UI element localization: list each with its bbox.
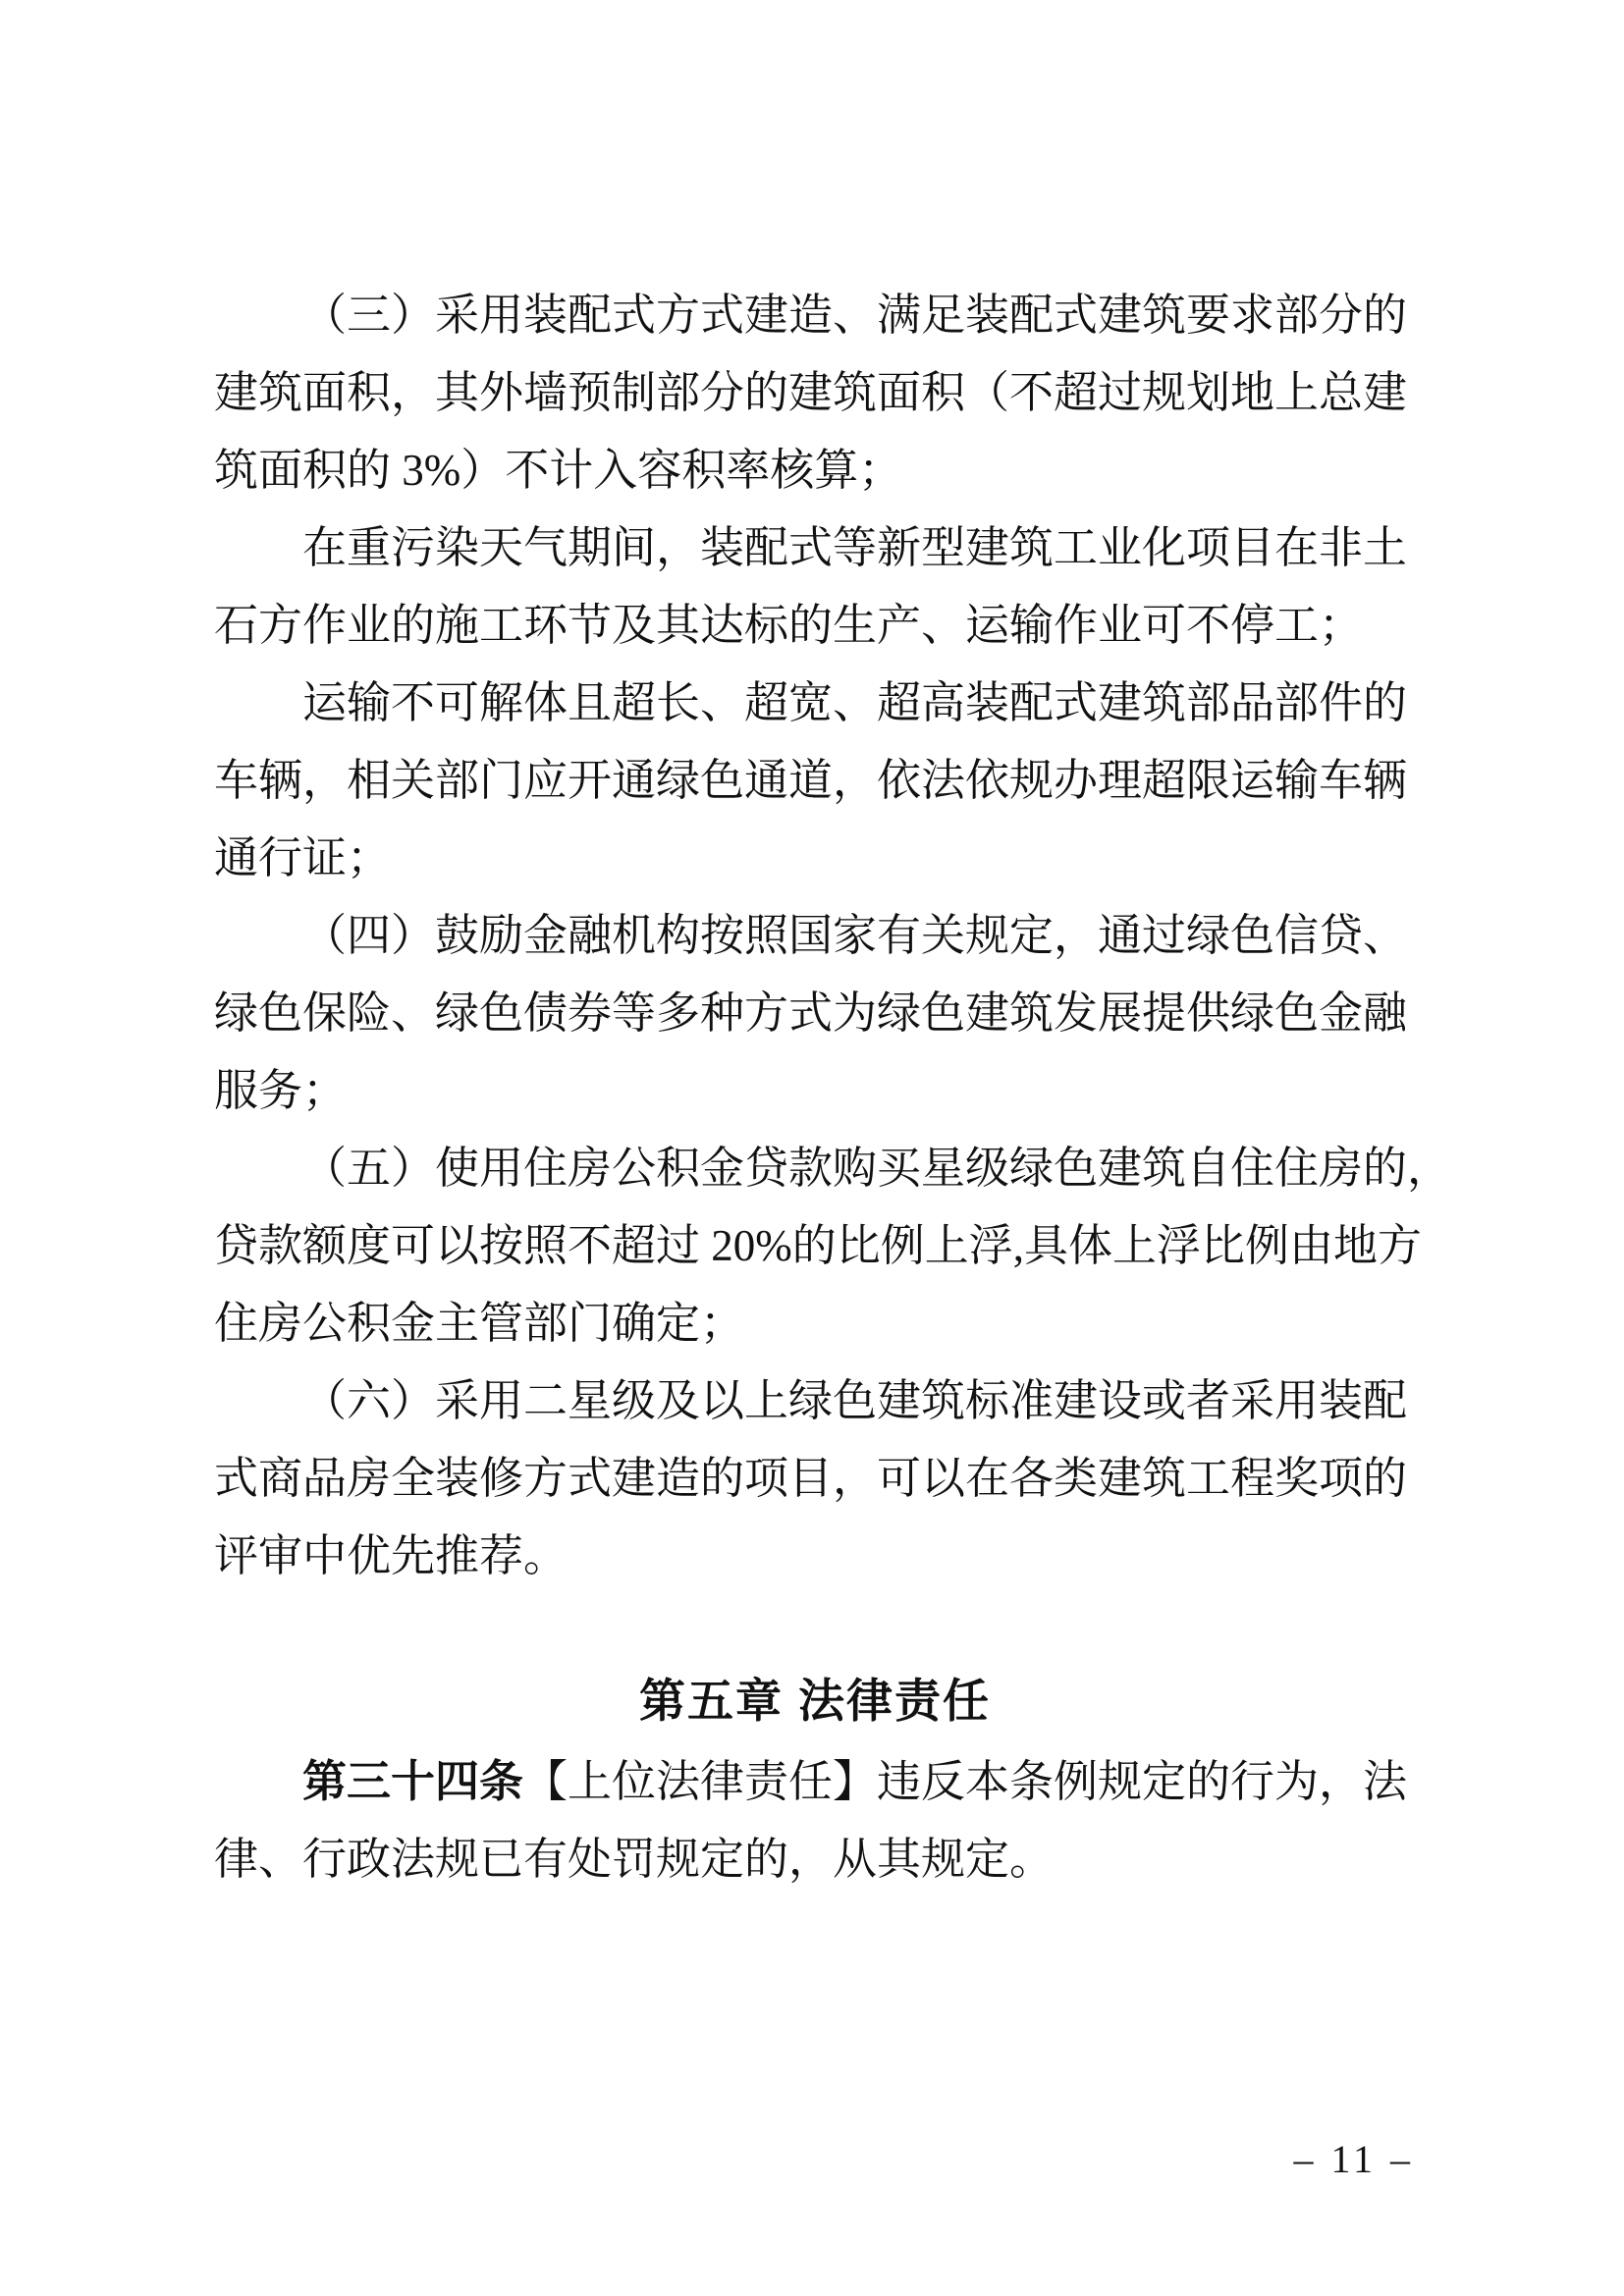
body-paragraph-item-4: （四）鼓励金融机构按照国家有关规定，通过绿色信贷、 绿色保险、绿色债券等多种方式… <box>214 897 1416 1130</box>
article-paragraph: 第三十四条【上位法律责任】违反本条例规定的行为，法 律、行政法规已有处罚规定的，… <box>214 1743 1416 1898</box>
document-body: （三）采用装配式方式建造、满足装配式建筑要求部分的 建筑面积，其外墙预制部分的建… <box>214 277 1416 1898</box>
page-number: – 11 – <box>1293 2138 1414 2181</box>
body-paragraph-item-3: （三）采用装配式方式建造、满足装配式建筑要求部分的 建筑面积，其外墙预制部分的建… <box>214 277 1416 509</box>
body-paragraph-transport: 运输不可解体且超长、超宽、超高装配式建筑部品部件的 车辆，相关部门应开通绿色通道… <box>214 665 1416 897</box>
article-bracket-label: 【上位法律责任】 <box>523 1757 877 1806</box>
document-page: { "page": { "background": "#ffffff", "te… <box>0 0 1624 2296</box>
body-paragraph-item-6: （六）采用二星级及以上绿色建筑标准建设或者采用装配 式商品房全装修方式建造的项目… <box>214 1362 1416 1595</box>
body-paragraph-item-5: （五）使用住房公积金贷款购买星级绿色建筑自住住房的， 贷款额度可以按照不超过 2… <box>214 1130 1416 1362</box>
article-number: 第三十四条 <box>302 1757 523 1806</box>
chapter-heading: 第五章 法律责任 <box>214 1662 1416 1739</box>
body-paragraph-pollution-days: 在重污染天气期间，装配式等新型建筑工业化项目在非土 石方作业的施工环节及其达标的… <box>214 509 1416 665</box>
